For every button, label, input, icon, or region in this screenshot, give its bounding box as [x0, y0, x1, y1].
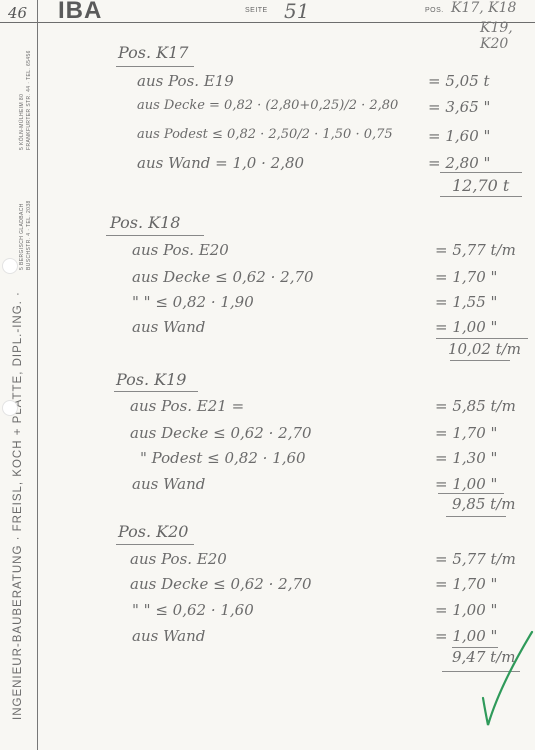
- section-title: Pos. K17: [118, 43, 188, 62]
- seite-label: SEITE: [245, 7, 268, 14]
- sum-line: [438, 493, 504, 494]
- seite-value: 51: [284, 0, 309, 23]
- row-desc: aus Decke ≤ 0,62 · 2,70: [130, 575, 312, 593]
- sum-line: [440, 172, 522, 173]
- sum-line: [436, 338, 528, 339]
- row-value: = 1,00 ": [435, 601, 497, 619]
- row-value: = 5,85 t/m: [435, 397, 516, 415]
- row-desc: aus Decke = 0,82 · (2,80+0,25)/2 · 2,80: [137, 98, 398, 113]
- row-desc: " " ≤ 0,62 · 1,60: [132, 601, 254, 619]
- row-desc: aus Pos. E19: [137, 72, 234, 90]
- pos-value-line2: K19, K20: [480, 20, 535, 52]
- total-underline: [446, 516, 506, 517]
- row-value: = 1,70 ": [435, 268, 497, 286]
- row-value: = 1,55 ": [435, 293, 497, 311]
- row-value: = 1,00 ": [435, 318, 497, 336]
- row-desc: aus Wand: [132, 475, 205, 493]
- row-desc: aus Pos. E20: [132, 241, 229, 259]
- letterhead-address1-line1: 5 BERGISCH GLADBACH: [19, 203, 25, 270]
- letterhead-vertical: INGENIEUR-BAUBERATUNG · FREISL, KOCH + P…: [12, 291, 24, 720]
- row-desc: aus Pos. E20: [130, 550, 227, 568]
- row-value: = 5,05 t: [428, 72, 490, 90]
- pos-label: POS.: [425, 7, 444, 14]
- row-value: = 1,30 ": [435, 449, 497, 467]
- checkmark-icon: [480, 630, 535, 730]
- section-title: Pos. K18: [110, 213, 180, 232]
- section-title-underline: [106, 235, 204, 236]
- section-title: Pos. K20: [118, 522, 188, 541]
- row-value: = 2,80 ": [428, 154, 490, 172]
- total-underline: [440, 196, 522, 197]
- section-total: 9,85 t/m: [452, 495, 515, 513]
- row-value: = 1,00 ": [435, 475, 497, 493]
- section-title-underline: [114, 391, 198, 392]
- handwritten-page-number: 46: [8, 4, 27, 22]
- letterhead-address2-line1: 5 KÖLN-MÜLHEIM 80: [19, 94, 25, 150]
- row-desc: " " ≤ 0,82 · 1,90: [132, 293, 254, 311]
- row-value: = 1,70 ": [435, 575, 497, 593]
- section-title-underline: [116, 544, 194, 545]
- margin-rule: [37, 0, 38, 750]
- pos-value-line1: K17, K18: [451, 0, 516, 16]
- row-desc: aus Pos. E21 =: [130, 397, 244, 415]
- punch-hole-top: [2, 258, 18, 274]
- row-value: = 1,70 ": [435, 424, 497, 442]
- punch-hole-bottom: [2, 400, 18, 416]
- calculation-sheet: 46 IBA SEITE 51 POS. K17, K18 K19, K20 I…: [0, 0, 535, 750]
- section-total: 10,02 t/m: [448, 340, 521, 358]
- total-underline: [450, 360, 510, 361]
- row-desc: " Podest ≤ 0,82 · 1,60: [140, 449, 306, 467]
- row-value: = 5,77 t/m: [435, 550, 516, 568]
- row-desc: aus Podest ≤ 0,82 · 2,50/2 · 1,50 · 0,75: [137, 127, 393, 142]
- row-desc: aus Wand: [132, 627, 205, 645]
- row-value: = 3,65 ": [428, 98, 490, 116]
- row-value: = 1,60 ": [428, 127, 490, 145]
- letterhead-address1-line2: BUSCHSTR. 4 · TEL. 2038: [26, 200, 32, 270]
- company-logo: IBA: [58, 0, 102, 25]
- section-title: Pos. K19: [116, 370, 186, 389]
- row-desc: aus Decke ≤ 0,62 · 2,70: [130, 424, 312, 442]
- section-title-underline: [116, 66, 194, 67]
- letterhead-address2-line2: FRANKFURTER STR. 44 · TEL. 65456: [26, 50, 32, 150]
- row-desc: aus Decke ≤ 0,62 · 2,70: [132, 268, 314, 286]
- row-value: = 5,77 t/m: [435, 241, 516, 259]
- section-total: 12,70 t: [452, 176, 509, 195]
- row-desc: aus Wand: [132, 318, 205, 336]
- row-desc: aus Wand = 1,0 · 2,80: [137, 154, 304, 172]
